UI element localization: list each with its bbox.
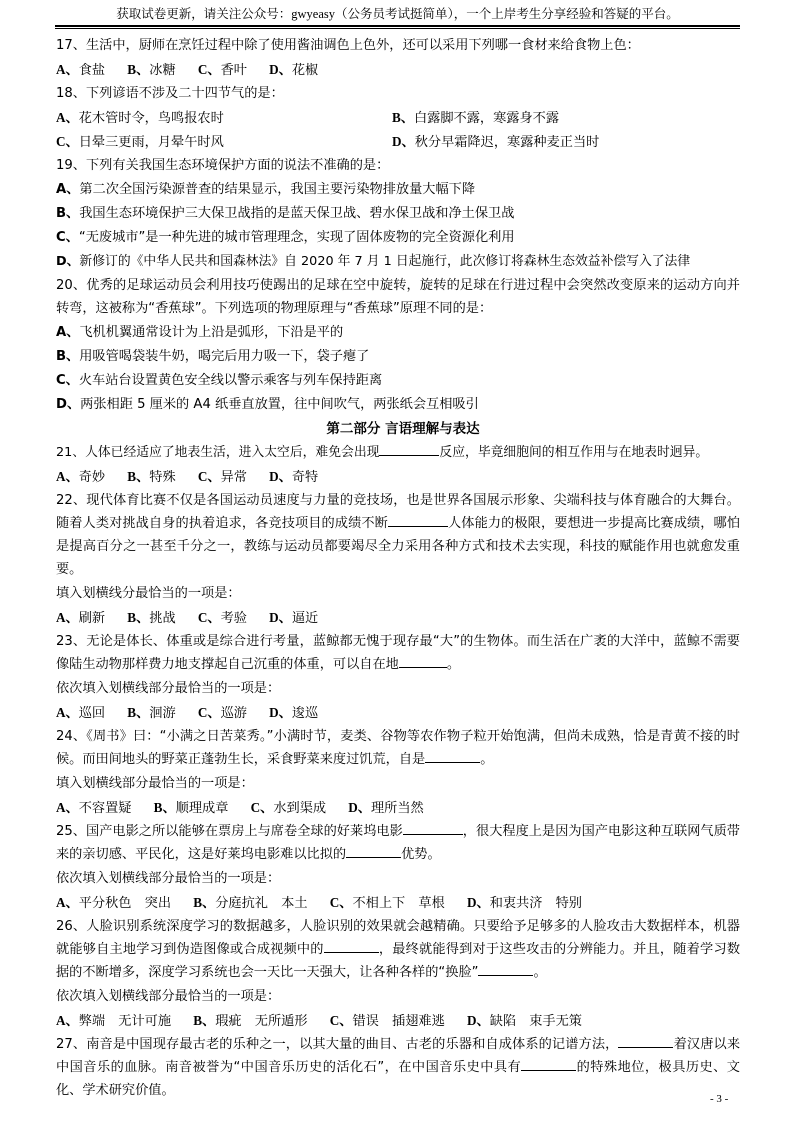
section-title: 第二部分 言语理解与表达 (56, 417, 740, 441)
options-row: A、奇妙 B、特殊 C、异常 D、奇特 (56, 465, 740, 489)
option-d: D、和衷共济 特别 (467, 891, 582, 916)
question-stem: 26、人脸识别系统深度学习的数据越多，人脸识别的效果就会越精确。只要给予足够多的… (56, 915, 740, 984)
options-row: A、花木管时令，鸟鸣报农时 B、白露脚不露，寒露身不露 (56, 106, 740, 130)
question-stem: 21、人体已经适应了地表生活，进入太空后，难免会出现反应，毕竟细胞间的相互作用与… (56, 441, 740, 465)
question-stem: 22、现代体育比赛不仅是各国运动员速度与力量的竞技场，也是世界各国展示形象、尖端… (56, 489, 740, 581)
options-row: A、食盐 B、冰糖 C、香叶 D、花椒 (56, 58, 740, 82)
question-prompt: 依次填入划横线部分最恰当的一项是： (56, 677, 740, 701)
question-prompt: 填入划横线分最恰当的一项是： (56, 582, 740, 606)
option-d: D、花椒 (269, 58, 318, 83)
page-number: - 3 - (710, 1093, 728, 1105)
option-c: C、考验 (198, 606, 247, 631)
answer-blank (399, 654, 447, 668)
option-d: D、新修订的《中华人民共和国森林法》自 2020 年 7 月 1 日起施行，此次… (56, 250, 740, 274)
answer-blank (403, 821, 463, 835)
option-c: C、异常 (198, 465, 247, 490)
options-row: A、平分秋色 突出 B、分庭抗礼 本土 C、不相上下 草根 D、和衷共济 特别 (56, 891, 740, 915)
answer-blank (324, 939, 379, 953)
option-a: A、花木管时令，鸟鸣报农时 (56, 106, 392, 130)
question-stem: 25、国产电影之所以能够在票房上与席卷全球的好莱坞电影，很大程度上是因为国产电影… (56, 820, 740, 866)
option-a: A、第二次全国污染源普查的结果显示，我国主要污染物排放量大幅下降 (56, 178, 740, 202)
page-header: 获取试卷更新，请关注公众号：gwyeasy（公务员考试挺简单），一个上岸考生分享… (55, 6, 740, 22)
option-d: D、秋分早霜降迟，寒露种麦正当时 (392, 130, 728, 154)
question-stem: 19、下列有关我国生态环境保护方面的说法不准确的是： (56, 154, 740, 178)
option-c: C、日晕三更雨，月晕午时风 (56, 130, 392, 154)
answer-blank (379, 442, 439, 456)
option-a: A、奇妙 (56, 465, 105, 490)
option-c: C、香叶 (198, 58, 247, 83)
option-a: A、不容置疑 (56, 796, 131, 821)
option-c: C、水到渠成 (251, 796, 326, 821)
answer-blank (425, 749, 480, 763)
option-a: A、食盐 (56, 58, 105, 83)
option-a: A、弊端 无计可施 (56, 1009, 171, 1034)
option-b: B、冰糖 (127, 58, 175, 83)
option-d: D、缺陷 束手无策 (467, 1009, 582, 1034)
question-stem: 18、下列谚语不涉及二十四节气的是： (56, 82, 740, 106)
option-b: B、白露脚不露，寒露身不露 (392, 106, 728, 130)
question-prompt: 依次填入划横线部分最恰当的一项是： (56, 867, 740, 891)
option-c: C、不相上下 草根 (330, 891, 445, 916)
question-stem: 23、无论是体长、体重或是综合进行考量，蓝鲸都无愧于现存最“大”的生物体。而生活… (56, 630, 740, 676)
options-row: A、弊端 无计可施 B、瑕疵 无所遁形 C、错误 插翅难逃 D、缺陷 束手无策 (56, 1009, 740, 1033)
answer-blank (388, 513, 448, 527)
option-a: A、巡回 (56, 701, 105, 726)
option-d: D、两张相距 5 厘米的 A4 纸垂直放置，往中间吹气，两张纸会互相吸引 (56, 393, 740, 417)
option-b: B、我国生态环境保护三大保卫战指的是蓝天保卫战、碧水保卫战和净土保卫战 (56, 202, 740, 226)
answer-blank (521, 1057, 576, 1071)
options-row: C、日晕三更雨，月晕午时风 D、秋分早霜降迟，寒露种麦正当时 (56, 130, 740, 154)
option-b: B、特殊 (127, 465, 175, 490)
option-a: A、刷新 (56, 606, 105, 631)
options-row: A、不容置疑 B、顺理成章 C、水到渠成 D、理所当然 (56, 796, 740, 820)
option-b: B、瑕疵 无所遁形 (193, 1009, 307, 1034)
option-b: B、洄游 (127, 701, 175, 726)
options-row: A、刷新 B、挑战 C、考验 D、逼近 (56, 606, 740, 630)
question-stem: 24、《周书》曰：“小满之日苦菜秀。”小满时节，麦类、谷物等农作物子粒开始饱满，… (56, 725, 740, 771)
option-c: C、错误 插翅难逃 (330, 1009, 445, 1034)
header-divider (55, 25, 740, 29)
options-row: A、巡回 B、洄游 C、巡游 D、逡巡 (56, 701, 740, 725)
option-b: B、顺理成章 (154, 796, 229, 821)
header-account: gwyeasy (291, 7, 335, 21)
option-b: B、挑战 (127, 606, 175, 631)
answer-blank (346, 844, 401, 858)
question-stem: 17、生活中，厨师在烹饪过程中除了使用酱油调色上色外，还可以采用下列哪一食材来给… (56, 34, 740, 58)
option-d: D、理所当然 (348, 796, 423, 821)
question-stem: 27、南音是中国现存最古老的乐种之一，以其大量的曲目、古老的乐器和自成体系的记谱… (56, 1033, 740, 1102)
option-c: C、“无废城市”是一种先进的城市管理理念，实现了固体废物的完全资源化利用 (56, 226, 740, 250)
document-body: 17、生活中，厨师在烹饪过程中除了使用酱油调色上色外，还可以采用下列哪一食材来给… (56, 34, 740, 1103)
option-d: D、奇特 (269, 465, 318, 490)
option-c: C、巡游 (198, 701, 247, 726)
option-d: D、逼近 (269, 606, 318, 631)
answer-blank (618, 1034, 673, 1048)
question-prompt: 填入划横线部分最恰当的一项是： (56, 772, 740, 796)
question-stem: 20、优秀的足球运动员会利用技巧使踢出的足球在空中旋转，旋转的足球在行进过程中会… (56, 274, 740, 320)
question-prompt: 依次填入划横线部分最恰当的一项是： (56, 985, 740, 1009)
option-b: B、分庭抗礼 本土 (193, 891, 307, 916)
option-a: A、平分秋色 突出 (56, 891, 171, 916)
option-b: B、用吸管喝袋装牛奶，喝完后用力吸一下，袋子瘪了 (56, 345, 740, 369)
option-d: D、逡巡 (269, 701, 318, 726)
header-suffix: （公务员考试挺简单），一个上岸考生分享经验和答疑的平台。 (335, 6, 679, 21)
option-c: C、火车站台设置黄色安全线以警示乘客与列车保持距离 (56, 369, 740, 393)
header-prefix: 获取试卷更新，请关注公众号： (116, 6, 291, 21)
answer-blank (478, 962, 533, 976)
option-a: A、飞机机翼通常设计为上沿是弧形，下沿是平的 (56, 321, 740, 345)
